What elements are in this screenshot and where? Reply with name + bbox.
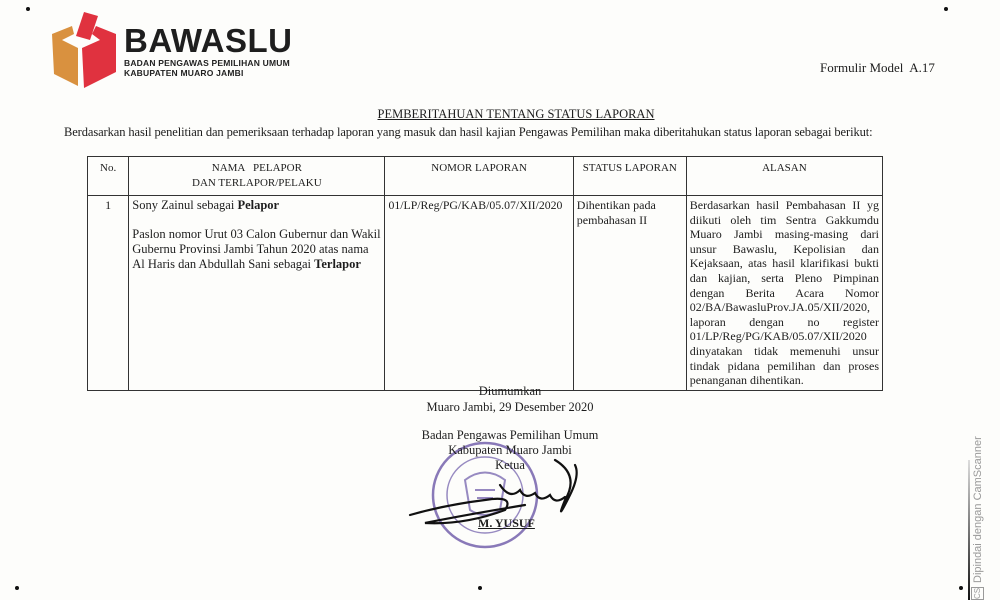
logo-subtitle-region: KABUPATEN MUARO JAMBI bbox=[124, 68, 293, 78]
corner-mark bbox=[478, 586, 482, 590]
camscanner-watermark: CS Dipindai dengan CamScanner bbox=[971, 436, 984, 600]
pelapor-name: Sony Zainul sebagai bbox=[132, 198, 237, 212]
corner-mark bbox=[944, 7, 948, 11]
header-alasan: ALASAN bbox=[686, 157, 882, 196]
cell-parties: Sony Zainul sebagai Pelapor Paslon nomor… bbox=[129, 196, 385, 391]
terlapor-role: Terlapor bbox=[314, 257, 361, 271]
logo-subtitle: BADAN PENGAWAS PEMILIHAN UMUM bbox=[124, 58, 293, 68]
corner-mark bbox=[959, 586, 963, 590]
header-no: No. bbox=[88, 157, 129, 196]
table-row: 1 Sony Zainul sebagai Pelapor Paslon nom… bbox=[88, 196, 883, 391]
pelapor-line: Sony Zainul sebagai Pelapor bbox=[132, 198, 381, 213]
announced-label: Diumumkan bbox=[20, 383, 1000, 399]
document-title-text: PEMBERITAHUAN TENTANG STATUS LAPORAN bbox=[378, 107, 655, 121]
header-name-line2: DAN TERLAPOR/PELAKU bbox=[131, 176, 382, 191]
camscanner-text: Dipindai dengan CamScanner bbox=[972, 436, 984, 583]
form-model-label: Formulir Model A.17 bbox=[820, 60, 935, 76]
cell-status: Dihentikan pada pembahasan II bbox=[573, 196, 686, 391]
logo-title: BAWASLU bbox=[124, 24, 293, 58]
place-date: Muaro Jambi, 29 Desember 2020 bbox=[20, 399, 1000, 415]
intro-paragraph: Berdasarkan hasil penelitian dan pemerik… bbox=[64, 125, 873, 140]
cell-alasan: Berdasarkan hasil Pembahasan II yg diiku… bbox=[686, 196, 882, 391]
terlapor-line: Paslon nomor Urut 03 Calon Gubernur dan … bbox=[132, 227, 381, 272]
cell-no: 1 bbox=[88, 196, 129, 391]
header-status: STATUS LAPORAN bbox=[573, 157, 686, 196]
signer-name: M. YUSUF bbox=[478, 516, 535, 531]
announcement: Diumumkan Muaro Jambi, 29 Desember 2020 bbox=[0, 383, 1000, 415]
document-title: PEMBERITAHUAN TENTANG STATUS LAPORAN bbox=[0, 107, 1000, 122]
header-name: NAMA PELAPOR DAN TERLAPOR/PELAKU bbox=[129, 157, 385, 196]
scan-edge bbox=[968, 460, 970, 600]
cell-nomor: 01/LP/Reg/PG/KAB/05.07/XII/2020 bbox=[385, 196, 573, 391]
table-header-row: No. NAMA PELAPOR DAN TERLAPOR/PELAKU NOM… bbox=[88, 157, 883, 196]
bawaslu-logo: BAWASLU BADAN PENGAWAS PEMILIHAN UMUM KA… bbox=[48, 12, 293, 90]
pelapor-role: Pelapor bbox=[237, 198, 279, 212]
header-nomor: NOMOR LAPORAN bbox=[385, 157, 573, 196]
header-name-line1: NAMA PELAPOR bbox=[131, 161, 382, 176]
camscanner-icon: CS bbox=[971, 587, 984, 600]
org-line1: Badan Pengawas Pemilihan Umum bbox=[410, 428, 610, 443]
corner-mark bbox=[26, 7, 30, 11]
ballot-box-logo-icon bbox=[48, 12, 120, 90]
corner-mark bbox=[15, 586, 19, 590]
report-status-table: No. NAMA PELAPOR DAN TERLAPOR/PELAKU NOM… bbox=[87, 156, 883, 391]
